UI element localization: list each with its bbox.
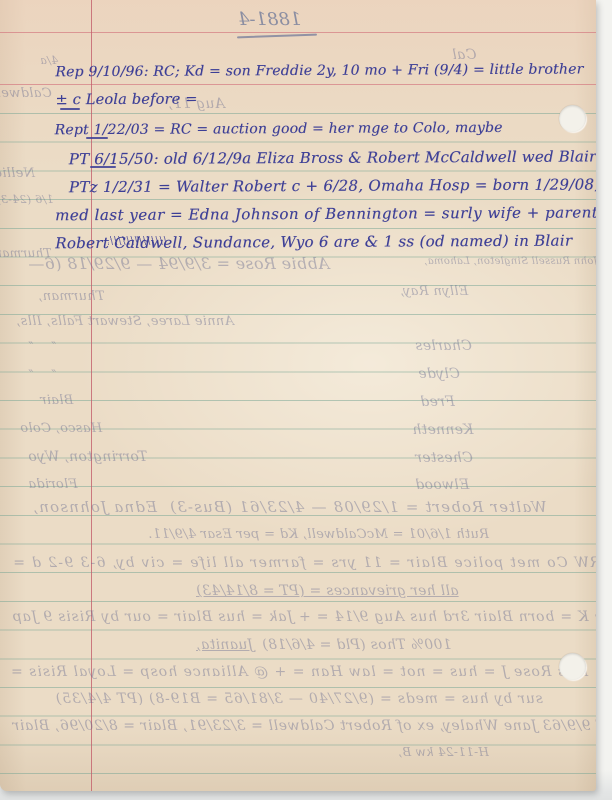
bleed-line-20: Hasco, Colo [20, 421, 102, 436]
ink-line-7: Robert Caldwell, Sundance, Wyo 6 are & 1… [55, 232, 572, 253]
hole-punch-top [559, 105, 586, 132]
bleed-line-33: sur by hus = meds = (9/27/40 — 3/81/65 =… [55, 691, 543, 707]
ink-line-1: Rep 9/10/96: RC; Kd = son Freddie 2y, 10… [55, 62, 583, 81]
ink-line-5: PTz 1/2/31 = Walter Robert c + 6/28, Oma… [69, 175, 596, 196]
bleed-line-4: Aug 11, [168, 96, 225, 112]
bleed-line-27: RW Co met police Blair = 11 yrs = farmer… [12, 555, 596, 571]
notebook-page: 1881-4 Cal4/aCaldwellAug 11,Nellie1/6 (2… [0, 0, 596, 791]
bleed-line-26: Ruth 1/6/01 = McCaldwell, Kd = per Esar … [148, 527, 489, 542]
bleed-line-23: Elwood [415, 477, 469, 493]
bleed-line-13: Charles [415, 338, 472, 354]
bleed-line-29: Abbie K = born Blair 3rd hus Aug 9/14 = … [12, 609, 596, 625]
bleed-line-17: Fred [420, 394, 455, 410]
bleed-line-15: Clyde [418, 366, 460, 382]
bleed-line-30: Juanita, [196, 637, 253, 653]
red-margin-line-top [0, 32, 596, 33]
bleed-line-11: Thurman, [38, 289, 105, 304]
scan-background: 1881-4 Cal4/aCaldwellAug 11,Nellie1/6 (2… [0, 0, 612, 800]
bleed-line-18: Blair [40, 393, 73, 408]
bleed-line-12: Annie Laree, Stewart Falls, Ills, [16, 314, 234, 329]
red-margin-line-second [0, 84, 596, 85]
bleed-line-5: Nellie [0, 166, 35, 181]
bleed-line-21: Chester [415, 450, 473, 466]
bleed-line-25: Walter Robert = 1/29/08 — 4/23/61 (Bus-3… [32, 498, 547, 516]
bleed-line-16: ″ ″ [28, 368, 56, 383]
ruled-lines [0, 113, 596, 791]
bleed-line-32: Mrs Rose J = hus = not = law Han = + @ A… [10, 664, 588, 680]
handwriting-layer: Rep 9/10/96: RC; Kd = son Freddie 2y, 10… [0, 0, 596, 791]
pencil-underline-1 [237, 34, 317, 39]
bleed-line-2: 4/a [40, 54, 58, 67]
bleedthrough-layer: Cal4/aCaldwellAug 11,Nellie1/6 (24-3)Thu… [0, 0, 596, 791]
bleed-line-3: Caldwell [0, 86, 52, 101]
bleed-line-28: all her grievances = (PT = 8/14/43) [196, 583, 459, 599]
bleed-line-22: Torrington, Wyo [28, 449, 147, 465]
bleed-line-14: ″ ″ [28, 340, 56, 355]
bleed-line-19: Kenneth [412, 422, 473, 438]
ink-line-2: ± c Leola before = [55, 92, 197, 109]
ink-line-4: PT 6/15/50: old 6/12/9a Eliza Bross & Ro… [69, 147, 596, 168]
bleed-line-8: Abbie Rose = 3/9/94 — 9/29/18 (6— [28, 254, 329, 273]
ink-scribble-1 [108, 236, 166, 245]
bleed-line-24: Florida [28, 477, 78, 492]
bleed-line-7: Thurman [0, 246, 52, 260]
bleed-line-1: Cal [452, 47, 476, 63]
bleed-line-10: Ellyn Ray, [400, 284, 468, 299]
bleed-line-6: 1/6 (24-3) [0, 193, 54, 206]
bleed-line-9: John Russell Singleton, Lahoma, [424, 256, 596, 267]
ink-underline-3 [86, 137, 108, 139]
ink-underline-2 [60, 108, 80, 110]
ink-line-3: Rept 1/22/03 = RC = auction good = her m… [55, 120, 503, 138]
ink-line-6: med last year = Edna Johnson of Benningt… [55, 203, 596, 224]
bleed-line-31: 100% Thos (Pld = 4/6/18) [262, 637, 452, 653]
hole-punch-bottom [559, 653, 586, 680]
red-margin-line-vertical [91, 0, 92, 791]
decoration-layer [0, 0, 596, 791]
bleed-line-34: PT 9/9/63 Jane Whaley, ex of Robert Cald… [12, 718, 596, 734]
bleed-line-35: H-11-24 kw B, [398, 745, 489, 759]
page-number-bleedthrough: 1881-4 [238, 9, 301, 30]
ink-underline-4 [90, 166, 116, 168]
